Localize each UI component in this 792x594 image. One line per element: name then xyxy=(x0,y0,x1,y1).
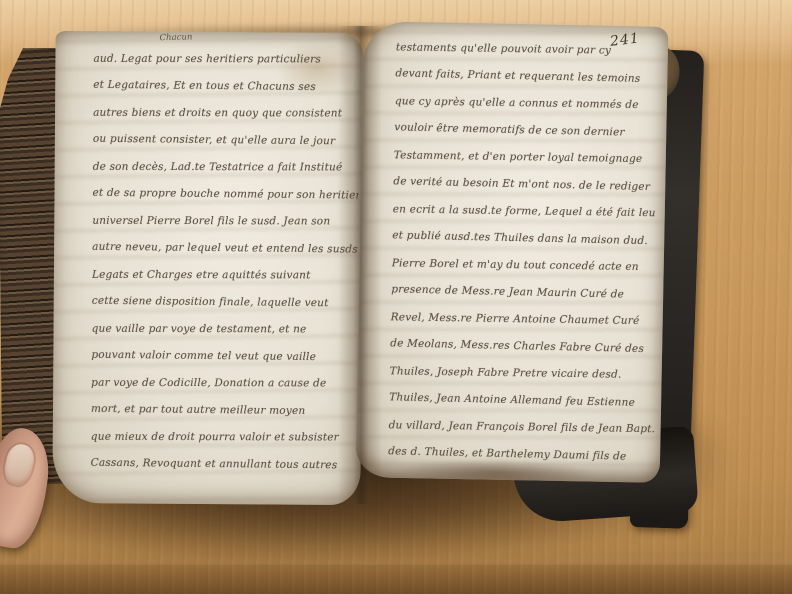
left-page-text: aud. Legat pour ses heritiers particulie… xyxy=(91,45,360,477)
right-page: 241 testaments qu'elle pouvoit avoir par… xyxy=(356,21,669,483)
manuscript-line: autres biens et droits en quoy que consi… xyxy=(93,100,359,128)
thumb-nail xyxy=(1,442,37,488)
interline-insertion-word: Chacun xyxy=(159,32,192,43)
manuscript-line: autre neveu, par lequel veut et entend l… xyxy=(92,234,358,264)
manuscript-line: pouvant valoir comme tel veut que vaille xyxy=(91,342,357,372)
manuscript-line: ou puissent consister, et qu'elle aura l… xyxy=(93,126,359,156)
manuscript-line: de son decès, Lad.te Testatrice a fait I… xyxy=(93,154,359,182)
manuscript-line: et Legataires, Et en tous et Chacuns ses xyxy=(93,72,359,102)
manuscript-line: universel Pierre Borel fils le susd. Jea… xyxy=(92,208,358,236)
manuscript-line: mort, et par tout autre meilleur moyen xyxy=(91,396,357,426)
photo-open-manuscript-book: Chacun aud. Legat pour ses heritiers par… xyxy=(0,0,792,594)
manuscript-line: Cassans, Revoquant et annullant tous aut… xyxy=(91,450,357,477)
right-page-text: testaments qu'elle pouvoit avoir par cyd… xyxy=(388,34,666,467)
manuscript-line: que mieux de droit pourra valoir et subs… xyxy=(91,424,357,452)
manuscript-line: que vaille par voye de testament, et ne xyxy=(92,316,358,344)
manuscript-line: aud. Legat pour ses heritiers particulie… xyxy=(93,46,359,74)
left-page: Chacun aud. Legat pour ses heritiers par… xyxy=(52,31,363,505)
manuscript-line: Legats et Charges etre aquittés suivant xyxy=(92,262,358,290)
manuscript-line: par voye de Codicille, Donation a cause … xyxy=(91,370,357,398)
table-edge-seam xyxy=(0,564,792,594)
manuscript-line: cette siene disposition finale, laquelle… xyxy=(92,288,358,318)
manuscript-line: et de sa propre bouche nommé pour son he… xyxy=(92,180,358,210)
